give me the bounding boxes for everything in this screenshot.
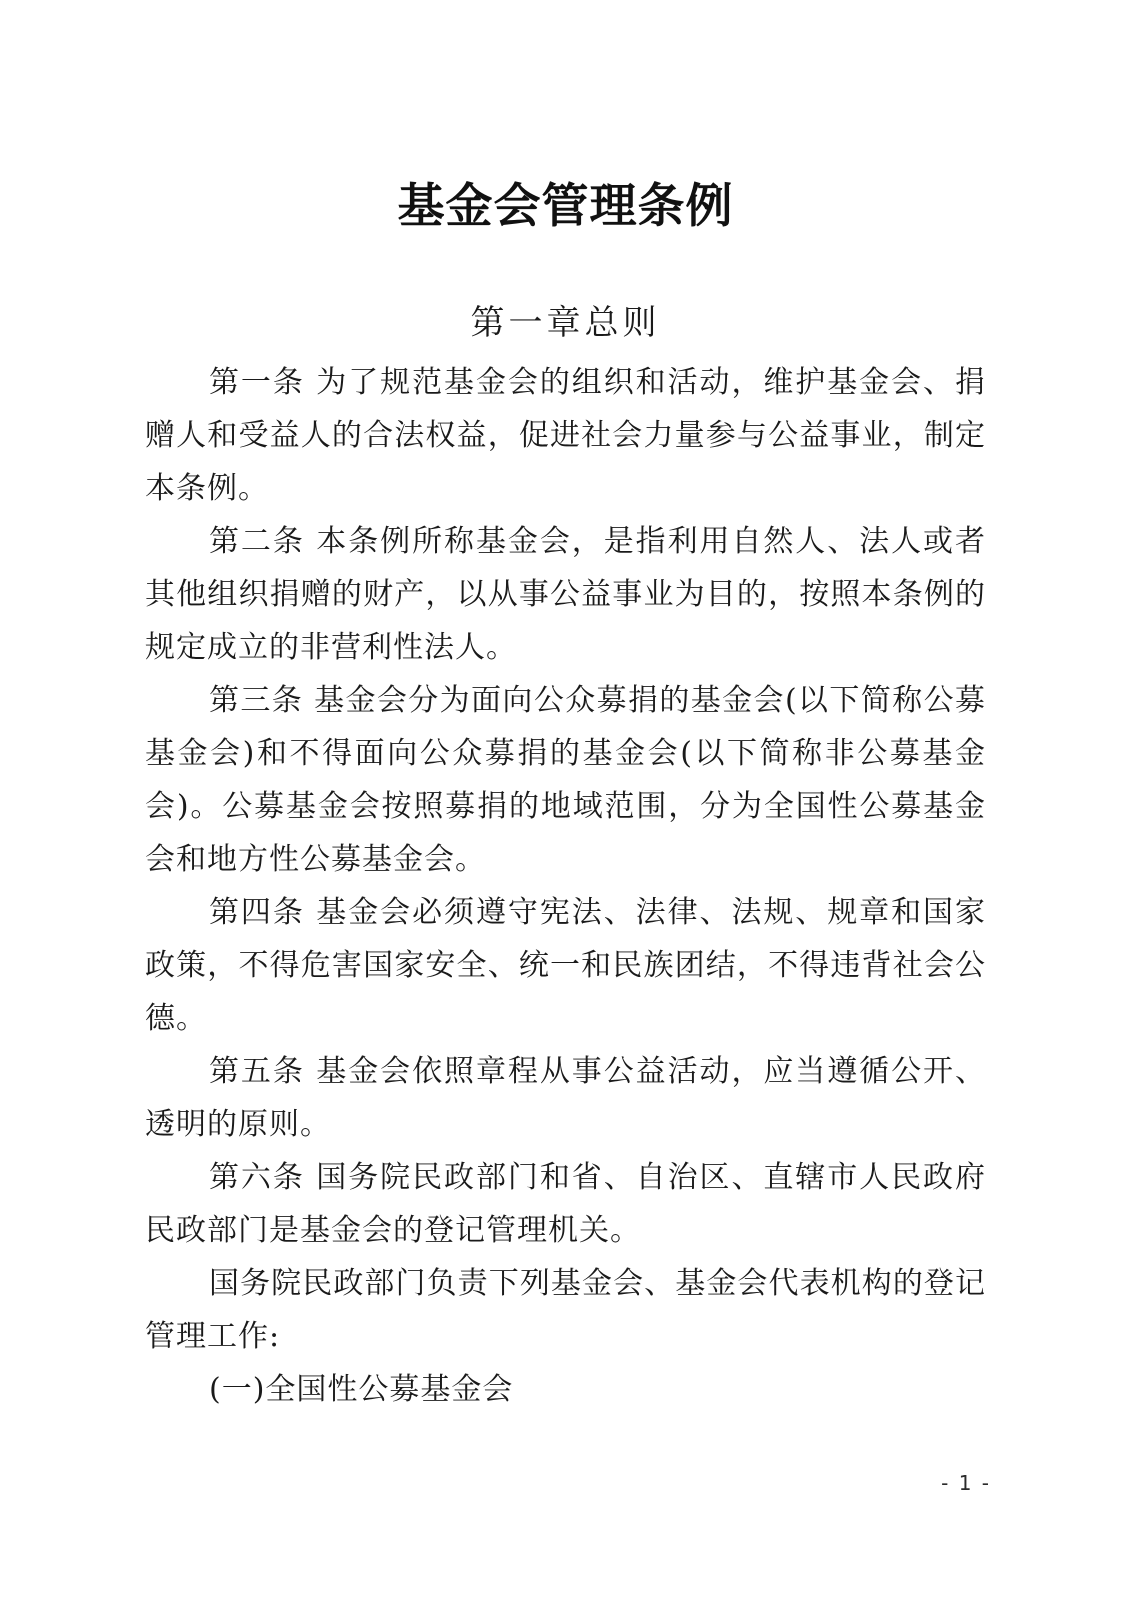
paragraph-article-5: 第五条 基金会依照章程从事公益活动，应当遵循公开、透明的原则。 <box>145 1045 986 1151</box>
page-number: - 1 - <box>941 1470 991 1496</box>
document-page: 基金会管理条例 第一章总则 第一条 为了规范基金会的组织和活动，维护基金会、捐赠… <box>0 0 1131 1600</box>
paragraph-article-3: 第三条 基金会分为面向公众募捐的基金会(以下简称公募基金会)和不得面向公众募捐的… <box>145 674 986 886</box>
paragraph-article-2: 第二条 本条例所称基金会，是指利用自然人、法人或者其他组织捐赠的财产，以从事公益… <box>145 515 986 674</box>
chapter-heading: 第一章总则 <box>0 302 1131 344</box>
paragraph-list-item-1: (一)全国性公募基金会 <box>145 1363 986 1416</box>
paragraph-article-4: 第四条 基金会必须遵守宪法、法律、法规、规章和国家政策，不得危害国家安全、统一和… <box>145 886 986 1045</box>
paragraph-article-1: 第一条 为了规范基金会的组织和活动，维护基金会、捐赠人和受益人的合法权益，促进社… <box>145 356 986 515</box>
paragraph-article-6-continued: 国务院民政部门负责下列基金会、基金会代表机构的登记管理工作: <box>145 1257 986 1363</box>
document-title: 基金会管理条例 <box>0 0 1131 236</box>
document-body: 第一条 为了规范基金会的组织和活动，维护基金会、捐赠人和受益人的合法权益，促进社… <box>145 356 986 1416</box>
paragraph-article-6: 第六条 国务院民政部门和省、自治区、直辖市人民政府民政部门是基金会的登记管理机关… <box>145 1151 986 1257</box>
